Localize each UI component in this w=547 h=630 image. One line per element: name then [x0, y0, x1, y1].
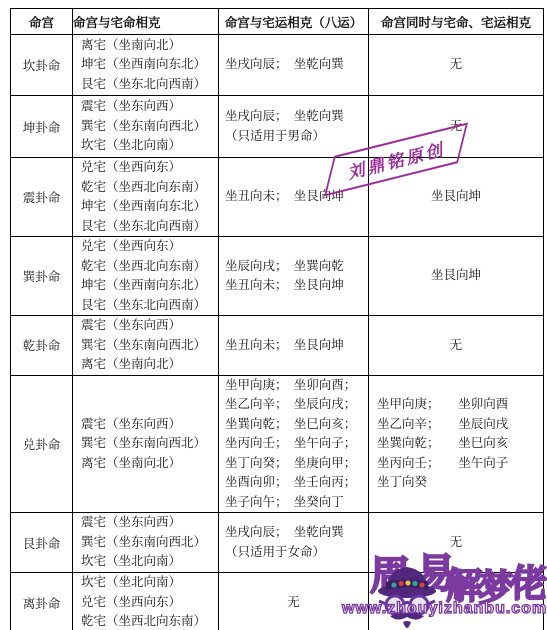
cell-zhaiming-conflict: 坎宅（坐北向南）兑宅（坐西向东）乾宅（坐西北向东南） [73, 573, 219, 630]
cell-line: 艮宅（坐东北向西南） [73, 75, 218, 95]
cell-line: 坎宅（坐北向南） [73, 552, 218, 572]
destiny-conflict-table: 命宫 命宫与宅命相克 命宫与宅运相克（八运） 命宫同时与宅命、宅运相克 坎卦命离… [10, 8, 544, 630]
cell-line: 无 [369, 336, 543, 356]
cell-line: 离宅（坐南向北） [73, 36, 218, 56]
cell-mingong: 艮卦命 [11, 513, 73, 573]
cell-line: 坤宅（坐西南向东北） [73, 197, 218, 217]
cell-zhaiyun-conflict: 坐甲向庚； 坐卯向酉；坐乙向辛； 坐辰向戌；坐巽向乾； 坐巳向亥；坐丙向壬； 坐… [219, 375, 369, 513]
cell-mingong: 坤卦命 [11, 96, 73, 158]
cell-line: 坎宅（坐北向南） [73, 136, 218, 156]
cell-line: 坐戌向辰； 坐乾向巽 [219, 55, 368, 75]
cell-line: 震宅（坐东向西） [73, 316, 218, 336]
cell-line: 坐丁向癸 [369, 473, 543, 493]
cell-line: 坐辰向戌； 坐巽向乾 [219, 257, 368, 277]
cell-line: 坐酉向卯； 坐壬向丙； [219, 473, 368, 493]
cell-line: 坐巽向乾； 坐巳向亥； [219, 415, 368, 435]
cell-zhaiming-conflict: 震宅（坐东向西）巽宅（坐东南向西北）离宅（坐南向北） [73, 375, 219, 513]
cell-both-conflict: 无 [369, 513, 544, 573]
cell-line: 兑宅（坐西向东） [73, 158, 218, 178]
cell-zhaiming-conflict: 震宅（坐东向西）巽宅（坐东南向西北）离宅（坐南向北） [73, 316, 219, 376]
header-both-conflict: 命宫同时与宅命、宅运相克 [369, 9, 544, 35]
cell-mingong: 坎卦命 [11, 35, 73, 96]
cell-line: 乾宅（坐西北向东南） [73, 612, 218, 630]
cell-line: 艮宅（坐东北向西南） [73, 296, 218, 316]
table-row: 乾卦命震宅（坐东向西）巽宅（坐东南向西北）离宅（坐南向北）坐丑向未； 坐艮向坤无 [11, 316, 544, 376]
cell-line: 无 [369, 55, 543, 75]
table-row: 兑卦命震宅（坐东向西）巽宅（坐东南向西北）离宅（坐南向北）坐甲向庚； 坐卯向酉；… [11, 375, 544, 513]
cell-line: 坤宅（坐西南向东北） [73, 276, 218, 296]
cell-line: 坐巽向乾； 坐巳向亥 [369, 434, 543, 454]
cell-line: 巽宅（坐东南向西北） [73, 336, 218, 356]
cell-mingong: 乾卦命 [11, 316, 73, 376]
header-mingong: 命宫 [11, 9, 73, 35]
cell-zhaiyun-conflict: 无 [219, 573, 369, 630]
table-row: 离卦命坎宅（坐北向南）兑宅（坐西向东）乾宅（坐西北向东南）无 [11, 573, 544, 630]
table-row: 坎卦命离宅（坐南向北）坤宅（坐西南向东北）艮宅（坐东北向西南）坐戌向辰； 坐乾向… [11, 35, 544, 96]
cell-mingong: 兑卦命 [11, 375, 73, 513]
cell-line: 坤宅（坐西南向东北） [73, 55, 218, 75]
table-header-row: 命宫 命宫与宅命相克 命宫与宅运相克（八运） 命宫同时与宅命、宅运相克 [11, 9, 544, 35]
table-row: 巽卦命兑宅（坐西向东）乾宅（坐西北向东南）坤宅（坐西南向东北）艮宅（坐东北向西南… [11, 237, 544, 316]
cell-line: 艮宅（坐东北向西南） [73, 217, 218, 237]
page: 命宫 命宫与宅命相克 命宫与宅运相克（八运） 命宫同时与宅命、宅运相克 坎卦命离… [0, 0, 547, 630]
cell-line: 兑宅（坐西向东） [73, 593, 218, 613]
cell-line: 坐戌向辰； 坐乾向巽 [219, 523, 368, 543]
table-row: 坤卦命震宅（坐东向西）巽宅（坐东南向西北）坎宅（坐北向南）坐戌向辰； 坐乾向巽（… [11, 96, 544, 158]
cell-zhaiyun-conflict: 坐丑向未； 坐艮向坤 [219, 158, 369, 237]
cell-mingong: 震卦命 [11, 158, 73, 237]
cell-line: （只适用于女命） [219, 543, 368, 563]
cell-line: 坐丙向壬； 坐午向子； [219, 434, 368, 454]
table-row: 震卦命兑宅（坐西向东）乾宅（坐西北向东南）坤宅（坐西南向东北）艮宅（坐东北向西南… [11, 158, 544, 237]
cell-line: 乾宅（坐西北向东南） [73, 178, 218, 198]
cell-line: 坎宅（坐北向南） [73, 573, 218, 593]
cell-line: 坐艮向坤 [369, 266, 543, 286]
header-zhaiyun-conflict: 命宫与宅运相克（八运） [219, 9, 369, 35]
cell-line: 坐丑向未； 坐艮向坤 [219, 276, 368, 296]
cell-both-conflict: 坐艮向坤 [369, 237, 544, 316]
cell-line: 乾宅（坐西北向东南） [73, 257, 218, 277]
cell-line: （只适用于男命） [219, 127, 368, 147]
table-body: 坎卦命离宅（坐南向北）坤宅（坐西南向东北）艮宅（坐东北向西南）坐戌向辰； 坐乾向… [11, 35, 544, 630]
cell-zhaiming-conflict: 震宅（坐东向西）巽宅（坐东南向西北）坎宅（坐北向南） [73, 96, 219, 158]
cell-line: 巽宅（坐东南向西北） [73, 434, 218, 454]
cell-line: 坐丑向未； 坐艮向坤 [219, 187, 368, 207]
cell-line: 坐丙向壬； 坐午向子 [369, 454, 543, 474]
cell-line: 离宅（坐南向北） [73, 355, 218, 375]
cell-both-conflict: 无 [369, 96, 544, 158]
cell-zhaiming-conflict: 离宅（坐南向北）坤宅（坐西南向东北）艮宅（坐东北向西南） [73, 35, 219, 96]
cell-zhaiyun-conflict: 坐戌向辰； 坐乾向巽（只适用于男命） [219, 96, 369, 158]
cell-line: 兑宅（坐西向东） [73, 237, 218, 257]
cell-both-conflict: 坐甲向庚； 坐卯向酉坐乙向辛； 坐辰向戌坐巽向乾； 坐巳向亥坐丙向壬； 坐午向子… [369, 375, 544, 513]
cell-zhaiming-conflict: 震宅（坐东向西）巽宅（坐东南向西北）坎宅（坐北向南） [73, 513, 219, 573]
cell-both-conflict: 无 [369, 316, 544, 376]
cell-line: 震宅（坐东向西） [73, 97, 218, 117]
cell-zhaiyun-conflict: 坐戌向辰； 坐乾向巽（只适用于女命） [219, 513, 369, 573]
cell-zhaiming-conflict: 兑宅（坐西向东）乾宅（坐西北向东南）坤宅（坐西南向东北）艮宅（坐东北向西南） [73, 237, 219, 316]
cell-line: 无 [219, 593, 368, 613]
cell-line: 坐丑向未； 坐艮向坤 [219, 336, 368, 356]
cell-zhaiyun-conflict: 坐辰向戌； 坐巽向乾坐丑向未； 坐艮向坤 [219, 237, 369, 316]
cell-mingong: 巽卦命 [11, 237, 73, 316]
cell-line: 坐戌向辰； 坐乾向巽 [219, 107, 368, 127]
cell-both-conflict [369, 573, 544, 630]
cell-line: 巽宅（坐东南向西北） [73, 533, 218, 553]
cell-line: 巽宅（坐东南向西北） [73, 117, 218, 137]
cell-line: 坐乙向辛； 坐辰向戌； [219, 395, 368, 415]
cell-line: 坐丁向癸； 坐庚向甲； [219, 454, 368, 474]
cell-zhaiyun-conflict: 坐戌向辰； 坐乾向巽 [219, 35, 369, 96]
cell-mingong: 离卦命 [11, 573, 73, 630]
cell-line: 坐乙向辛； 坐辰向戌 [369, 415, 543, 435]
cell-line: 坐子向午； 坐癸向丁 [219, 493, 368, 513]
header-zhaiming-conflict: 命宫与宅命相克 [73, 9, 219, 35]
cell-line: 震宅（坐东向西） [73, 415, 218, 435]
cell-line: 坐甲向庚； 坐卯向酉 [369, 395, 543, 415]
cell-line: 离宅（坐南向北） [73, 454, 218, 474]
table-row: 艮卦命震宅（坐东向西）巽宅（坐东南向西北）坎宅（坐北向南）坐戌向辰； 坐乾向巽（… [11, 513, 544, 573]
cell-both-conflict: 坐艮向坤 [369, 158, 544, 237]
cell-line: 无 [369, 533, 543, 553]
cell-line: 无 [369, 117, 543, 137]
cell-both-conflict: 无 [369, 35, 544, 96]
cell-zhaiyun-conflict: 坐丑向未； 坐艮向坤 [219, 316, 369, 376]
cell-line: 震宅（坐东向西） [73, 513, 218, 533]
cell-line: 坐艮向坤 [369, 187, 543, 207]
cell-line: 坐甲向庚； 坐卯向酉； [219, 376, 368, 396]
cell-zhaiming-conflict: 兑宅（坐西向东）乾宅（坐西北向东南）坤宅（坐西南向东北）艮宅（坐东北向西南） [73, 158, 219, 237]
